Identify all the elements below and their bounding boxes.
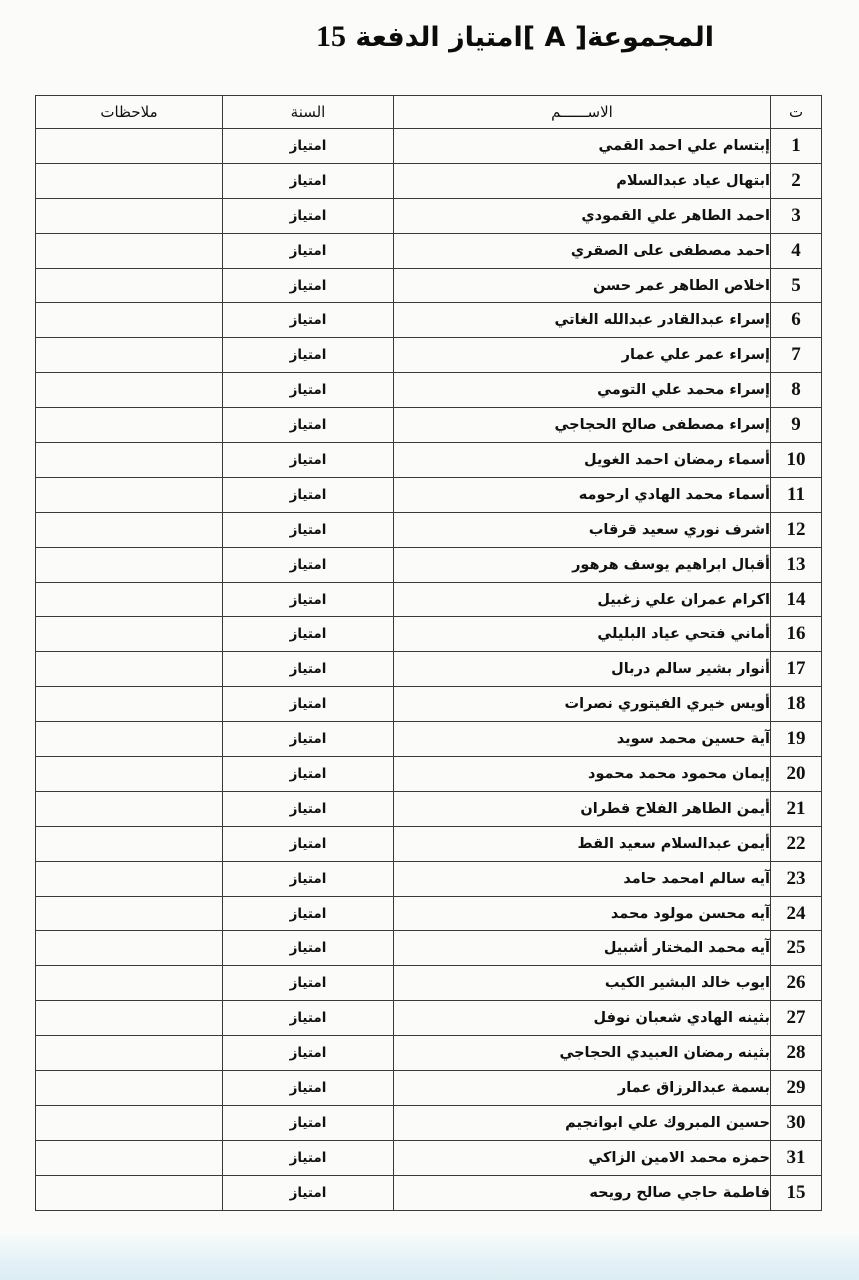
student-name: إبتسام علي احمد القمي: [394, 129, 771, 164]
table-row: 14اكرام عمران علي زغبيلامتياز: [36, 582, 822, 617]
year-value: امتياز: [223, 373, 394, 408]
notes-cell: [36, 163, 223, 198]
year-value: امتياز: [223, 722, 394, 757]
notes-cell: [36, 1001, 223, 1036]
row-number: 4: [771, 233, 822, 268]
row-number: 28: [771, 1036, 822, 1071]
row-number: 9: [771, 408, 822, 443]
table-row: 17أنوار بشير سالم دربالامتياز: [36, 652, 822, 687]
student-name: إسراء مصطفى صالح الحجاجي: [394, 408, 771, 443]
row-number: 19: [771, 722, 822, 757]
table-row: 25آيه محمد المختار أشبيلامتياز: [36, 931, 822, 966]
year-value: امتياز: [223, 617, 394, 652]
batch-number: 15: [316, 20, 346, 53]
student-name: أنوار بشير سالم دربال: [394, 652, 771, 687]
year-value: امتياز: [223, 1071, 394, 1106]
student-name: أقبال ابراهيم يوسف هرهور: [394, 547, 771, 582]
year-value: امتياز: [223, 408, 394, 443]
year-value: امتياز: [223, 477, 394, 512]
year-value: امتياز: [223, 547, 394, 582]
row-number: 24: [771, 896, 822, 931]
table-row: 20إيمان محمود محمد محمودامتياز: [36, 757, 822, 792]
notes-cell: [36, 1105, 223, 1140]
year-value: امتياز: [223, 512, 394, 547]
table-row: 11أسماء محمد الهادي ارحومهامتياز: [36, 477, 822, 512]
notes-cell: [36, 1175, 223, 1210]
table-row: 28بثينه رمضان العبيدي الحجاجيامتياز: [36, 1036, 822, 1071]
table-header-row: ت الاســــــم السنة ملاحظات: [36, 96, 822, 129]
student-roster-table: ت الاســــــم السنة ملاحظات 1إبتسام علي …: [35, 95, 822, 1211]
page-title: المجموعة[ A ]امتياز الدفعة 15: [0, 20, 859, 54]
notes-cell: [36, 129, 223, 164]
student-name: إسراء عبدالقادر عبدالله الغاتي: [394, 303, 771, 338]
table-row: 5اخلاص الطاهر عمر حسنامتياز: [36, 268, 822, 303]
year-value: امتياز: [223, 896, 394, 931]
notes-cell: [36, 443, 223, 478]
student-name: أيمن عبدالسلام سعيد القط: [394, 826, 771, 861]
notes-cell: [36, 757, 223, 792]
student-name: آيه محمد المختار أشبيل: [394, 931, 771, 966]
year-value: امتياز: [223, 687, 394, 722]
student-name: اكرام عمران علي زغبيل: [394, 582, 771, 617]
table-row: 10أسماء رمضان احمد الغويلامتياز: [36, 443, 822, 478]
table-row: 24آيه محسن مولود محمدامتياز: [36, 896, 822, 931]
table-row: 21أيمن الطاهر الفلاح قطرانامتياز: [36, 791, 822, 826]
row-number: 12: [771, 512, 822, 547]
notes-cell: [36, 408, 223, 443]
row-number: 21: [771, 791, 822, 826]
page-background-tint: [0, 1235, 859, 1280]
table-row: 2ابتهال عياد عبدالسلامامتياز: [36, 163, 822, 198]
notes-cell: [36, 1036, 223, 1071]
table-row: 18أويس خيري الفيتوري نصراتامتياز: [36, 687, 822, 722]
year-value: امتياز: [223, 1175, 394, 1210]
student-name: حسين المبروك علي ابوانجيم: [394, 1105, 771, 1140]
row-number: 31: [771, 1140, 822, 1175]
group-label: [ A ]: [523, 22, 587, 53]
notes-cell: [36, 861, 223, 896]
notes-cell: [36, 966, 223, 1001]
notes-cell: [36, 547, 223, 582]
table-row: 31حمزه محمد الامين الزاكيامتياز: [36, 1140, 822, 1175]
student-name: أماني فتحي عياد البليلي: [394, 617, 771, 652]
notes-cell: [36, 896, 223, 931]
year-value: امتياز: [223, 443, 394, 478]
year-value: امتياز: [223, 268, 394, 303]
table-row: 6إسراء عبدالقادر عبدالله الغاتيامتياز: [36, 303, 822, 338]
notes-cell: [36, 198, 223, 233]
student-name: إيمان محمود محمد محمود: [394, 757, 771, 792]
student-name: أويس خيري الفيتوري نصرات: [394, 687, 771, 722]
table-row: 23آيه سالم امحمد حامدامتياز: [36, 861, 822, 896]
row-number: 16: [771, 617, 822, 652]
year-value: امتياز: [223, 791, 394, 826]
table-body: 1إبتسام علي احمد القميامتياز2ابتهال عياد…: [36, 129, 822, 1211]
year-value: امتياز: [223, 966, 394, 1001]
row-number: 3: [771, 198, 822, 233]
row-number: 23: [771, 861, 822, 896]
table-row: 13أقبال ابراهيم يوسف هرهورامتياز: [36, 547, 822, 582]
year-value: امتياز: [223, 1036, 394, 1071]
table-row: 30حسين المبروك علي ابوانجيمامتياز: [36, 1105, 822, 1140]
student-name: احمد الطاهر علي القمودي: [394, 198, 771, 233]
student-name: أسماء محمد الهادي ارحومه: [394, 477, 771, 512]
notes-cell: [36, 512, 223, 547]
title-prefix: المجموعة: [587, 22, 714, 53]
table-row: 22أيمن عبدالسلام سعيد القطامتياز: [36, 826, 822, 861]
student-name: إسراء محمد علي التومي: [394, 373, 771, 408]
student-name: أسماء رمضان احمد الغويل: [394, 443, 771, 478]
row-number: 29: [771, 1071, 822, 1106]
row-number: 22: [771, 826, 822, 861]
row-number: 13: [771, 547, 822, 582]
row-number: 20: [771, 757, 822, 792]
notes-cell: [36, 303, 223, 338]
notes-cell: [36, 652, 223, 687]
row-number: 1: [771, 129, 822, 164]
notes-cell: [36, 1071, 223, 1106]
row-number: 10: [771, 443, 822, 478]
table-row: 12اشرف نوري سعيد قرقابامتياز: [36, 512, 822, 547]
row-number: 5: [771, 268, 822, 303]
year-value: امتياز: [223, 198, 394, 233]
row-number: 27: [771, 1001, 822, 1036]
table-row: 1إبتسام علي احمد القميامتياز: [36, 129, 822, 164]
table-row: 26ايوب خالد البشير الكيبامتياز: [36, 966, 822, 1001]
year-value: امتياز: [223, 233, 394, 268]
year-value: امتياز: [223, 303, 394, 338]
year-value: امتياز: [223, 582, 394, 617]
student-name: آية حسين محمد سويد: [394, 722, 771, 757]
table-row: 7إسراء عمر علي عمارامتياز: [36, 338, 822, 373]
student-name: ايوب خالد البشير الكيب: [394, 966, 771, 1001]
year-value: امتياز: [223, 861, 394, 896]
row-number: 30: [771, 1105, 822, 1140]
student-name: اخلاص الطاهر عمر حسن: [394, 268, 771, 303]
student-name: بثينه رمضان العبيدي الحجاجي: [394, 1036, 771, 1071]
notes-cell: [36, 582, 223, 617]
table-row: 4احمد مصطفى على الصقريامتياز: [36, 233, 822, 268]
title-middle: امتياز الدفعة: [355, 22, 522, 53]
year-value: امتياز: [223, 1140, 394, 1175]
student-name: حمزه محمد الامين الزاكي: [394, 1140, 771, 1175]
student-name: بسمة عبدالرزاق عمار: [394, 1071, 771, 1106]
student-name: آيه سالم امحمد حامد: [394, 861, 771, 896]
notes-cell: [36, 268, 223, 303]
year-value: امتياز: [223, 931, 394, 966]
notes-cell: [36, 826, 223, 861]
year-value: امتياز: [223, 163, 394, 198]
notes-cell: [36, 791, 223, 826]
student-name: آيه محسن مولود محمد: [394, 896, 771, 931]
table-row: 16أماني فتحي عياد البليليامتياز: [36, 617, 822, 652]
notes-cell: [36, 722, 223, 757]
notes-cell: [36, 931, 223, 966]
student-name: احمد مصطفى على الصقري: [394, 233, 771, 268]
row-number: 15: [771, 1175, 822, 1210]
year-value: امتياز: [223, 338, 394, 373]
student-name: بثينه الهادي شعبان نوفل: [394, 1001, 771, 1036]
table-row: 19آية حسين محمد سويدامتياز: [36, 722, 822, 757]
year-value: امتياز: [223, 652, 394, 687]
notes-cell: [36, 1140, 223, 1175]
row-number: 8: [771, 373, 822, 408]
notes-cell: [36, 617, 223, 652]
row-number: 26: [771, 966, 822, 1001]
header-name: الاســــــم: [394, 96, 771, 129]
year-value: امتياز: [223, 129, 394, 164]
year-value: امتياز: [223, 826, 394, 861]
notes-cell: [36, 687, 223, 722]
student-name: إسراء عمر علي عمار: [394, 338, 771, 373]
notes-cell: [36, 233, 223, 268]
year-value: امتياز: [223, 1105, 394, 1140]
student-name: اشرف نوري سعيد قرقاب: [394, 512, 771, 547]
year-value: امتياز: [223, 757, 394, 792]
notes-cell: [36, 338, 223, 373]
row-number: 25: [771, 931, 822, 966]
student-name: ابتهال عياد عبدالسلام: [394, 163, 771, 198]
table-row: 3احمد الطاهر علي القموديامتياز: [36, 198, 822, 233]
table-row: 29بسمة عبدالرزاق عمارامتياز: [36, 1071, 822, 1106]
year-value: امتياز: [223, 1001, 394, 1036]
row-number: 17: [771, 652, 822, 687]
notes-cell: [36, 373, 223, 408]
header-number: ت: [771, 96, 822, 129]
row-number: 14: [771, 582, 822, 617]
table-row: 27بثينه الهادي شعبان نوفلامتياز: [36, 1001, 822, 1036]
row-number: 18: [771, 687, 822, 722]
row-number: 6: [771, 303, 822, 338]
table-row: 9إسراء مصطفى صالح الحجاجيامتياز: [36, 408, 822, 443]
student-name: أيمن الطاهر الفلاح قطران: [394, 791, 771, 826]
row-number: 11: [771, 477, 822, 512]
row-number: 7: [771, 338, 822, 373]
notes-cell: [36, 477, 223, 512]
header-notes: ملاحظات: [36, 96, 223, 129]
row-number: 2: [771, 163, 822, 198]
table-row: 8إسراء محمد علي التوميامتياز: [36, 373, 822, 408]
table-row: 15فاطمة حاجي صالح رويحهامتياز: [36, 1175, 822, 1210]
header-year: السنة: [223, 96, 394, 129]
student-name: فاطمة حاجي صالح رويحه: [394, 1175, 771, 1210]
